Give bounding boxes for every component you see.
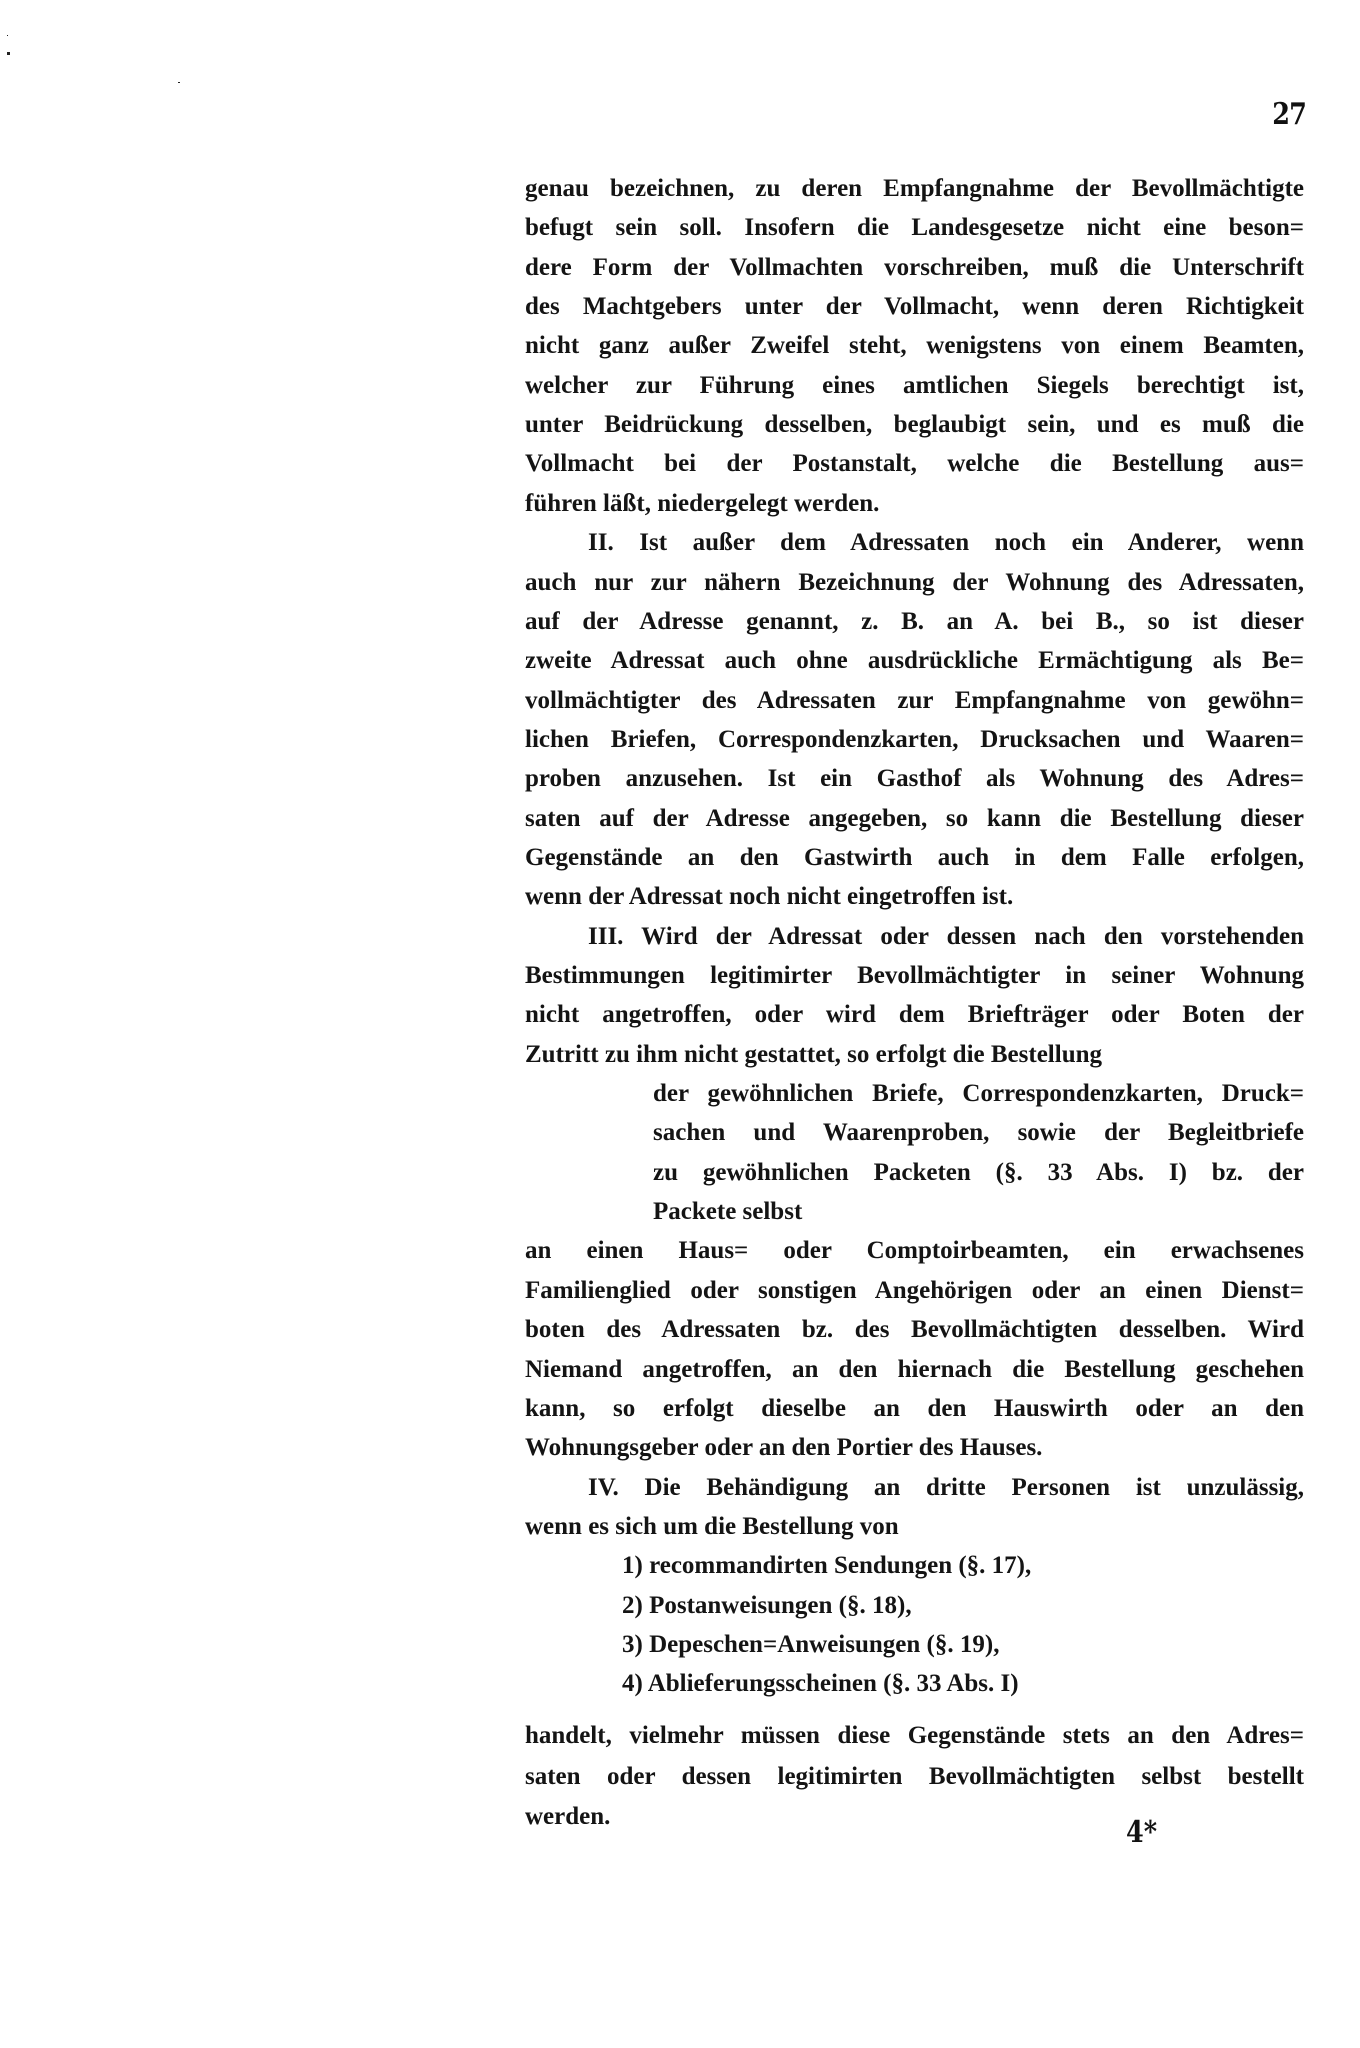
text-line: lichen Briefen, Correspondenzkarten, Dru… [525,723,1304,757]
text-line: Familienglied oder sonstigen Angehörigen… [525,1274,1304,1308]
scan-speck [178,82,180,83]
page-number: 27 [1269,100,1306,130]
text-line: welcher zur Führung eines amtlichen Sieg… [525,369,1304,403]
list-item: 3) Depeschen=Anweisungen (§. 19), [622,1628,1304,1662]
signature-mark-text: 4* [1126,1815,1157,1850]
text-line: an einen Haus= oder Comptoirbeamten, ein… [525,1234,1304,1268]
signature-mark: 4* [1126,1818,1157,1848]
text-line: Packete selbst [653,1195,1304,1229]
text-line: befugt sein soll. Insofern die Landesges… [525,211,1304,245]
text-line: Niemand angetroffen, an den hiernach die… [525,1353,1304,1387]
text-line: zu gewöhnlichen Packeten (§. 33 Abs. I) … [653,1156,1304,1190]
list-item: 2) Postanweisungen (§. 18), [622,1589,1304,1623]
text-line: saten oder dessen legitimirten Bevollmäc… [525,1760,1304,1794]
text-line: auf der Adresse genannt, z. B. an A. bei… [525,605,1304,639]
text-line: Wohnungsgeber oder an den Portier des Ha… [525,1431,1304,1465]
text-line: proben anzusehen. Ist ein Gasthof als Wo… [525,762,1304,796]
text-line: handelt, vielmehr müssen diese Gegenstän… [525,1719,1304,1753]
text-line: saten auf der Adresse angegeben, so kann… [525,802,1304,836]
text-line: unter Beidrückung desselben, beglaubigt … [525,408,1304,442]
text-line: boten des Adressaten bz. des Bevollmächt… [525,1313,1304,1347]
text-line: II. Ist außer dem Adressaten noch ein An… [588,526,1304,560]
text-line: Bestimmungen legitimirter Bevollmächtigt… [525,959,1304,993]
text-line: führen läßt, niedergelegt werden. [525,487,1304,521]
text-line: des Machtgebers unter der Vollmacht, wen… [525,290,1304,324]
text-line: wenn es sich um die Bestellung von [525,1510,1304,1544]
text-line: wenn der Adressat noch nicht eingetroffe… [525,880,1304,914]
text-line: werden. [525,1800,1304,1834]
text-line: vollmächtigter des Adressaten zur Empfan… [525,684,1304,718]
text-line: genau bezeichnen, zu deren Empfangnahme … [525,172,1304,206]
text-line: dere Form der Vollmachten vorschreiben, … [525,251,1304,285]
text-line: kann, so erfolgt dieselbe an den Hauswir… [525,1392,1304,1426]
text-line: IV. Die Behändigung an dritte Personen i… [588,1471,1304,1505]
text-line: Zutritt zu ihm nicht gestattet, so erfol… [525,1038,1304,1072]
list-item: 1) recommandirten Sendungen (§. 17), [622,1549,1304,1583]
list-item: 4) Ablieferungsscheinen (§. 33 Abs. I) [622,1667,1304,1701]
text-line: zweite Adressat auch ohne ausdrückliche … [525,644,1304,678]
text-line: Gegenstände an den Gastwirth auch in dem… [525,841,1304,875]
text-line: sachen und Waarenproben, sowie der Begle… [653,1116,1304,1150]
text-line: nicht angetroffen, oder wird dem Brieftr… [525,998,1304,1032]
text-line: nicht ganz außer Zweifel steht, wenigste… [525,329,1304,363]
scan-speck [7,52,10,55]
book-page: 27 genau bezeichnen, zu deren Empfangnah… [0,0,1360,2048]
text-line: der gewöhnlichen Briefe, Correspondenzka… [653,1077,1304,1111]
scan-speck [7,35,8,36]
text-line: auch nur zur nähern Bezeichnung der Wohn… [525,566,1304,600]
text-line: III. Wird der Adressat oder dessen nach … [588,920,1304,954]
text-line: Vollmacht bei der Postanstalt, welche di… [525,447,1304,481]
